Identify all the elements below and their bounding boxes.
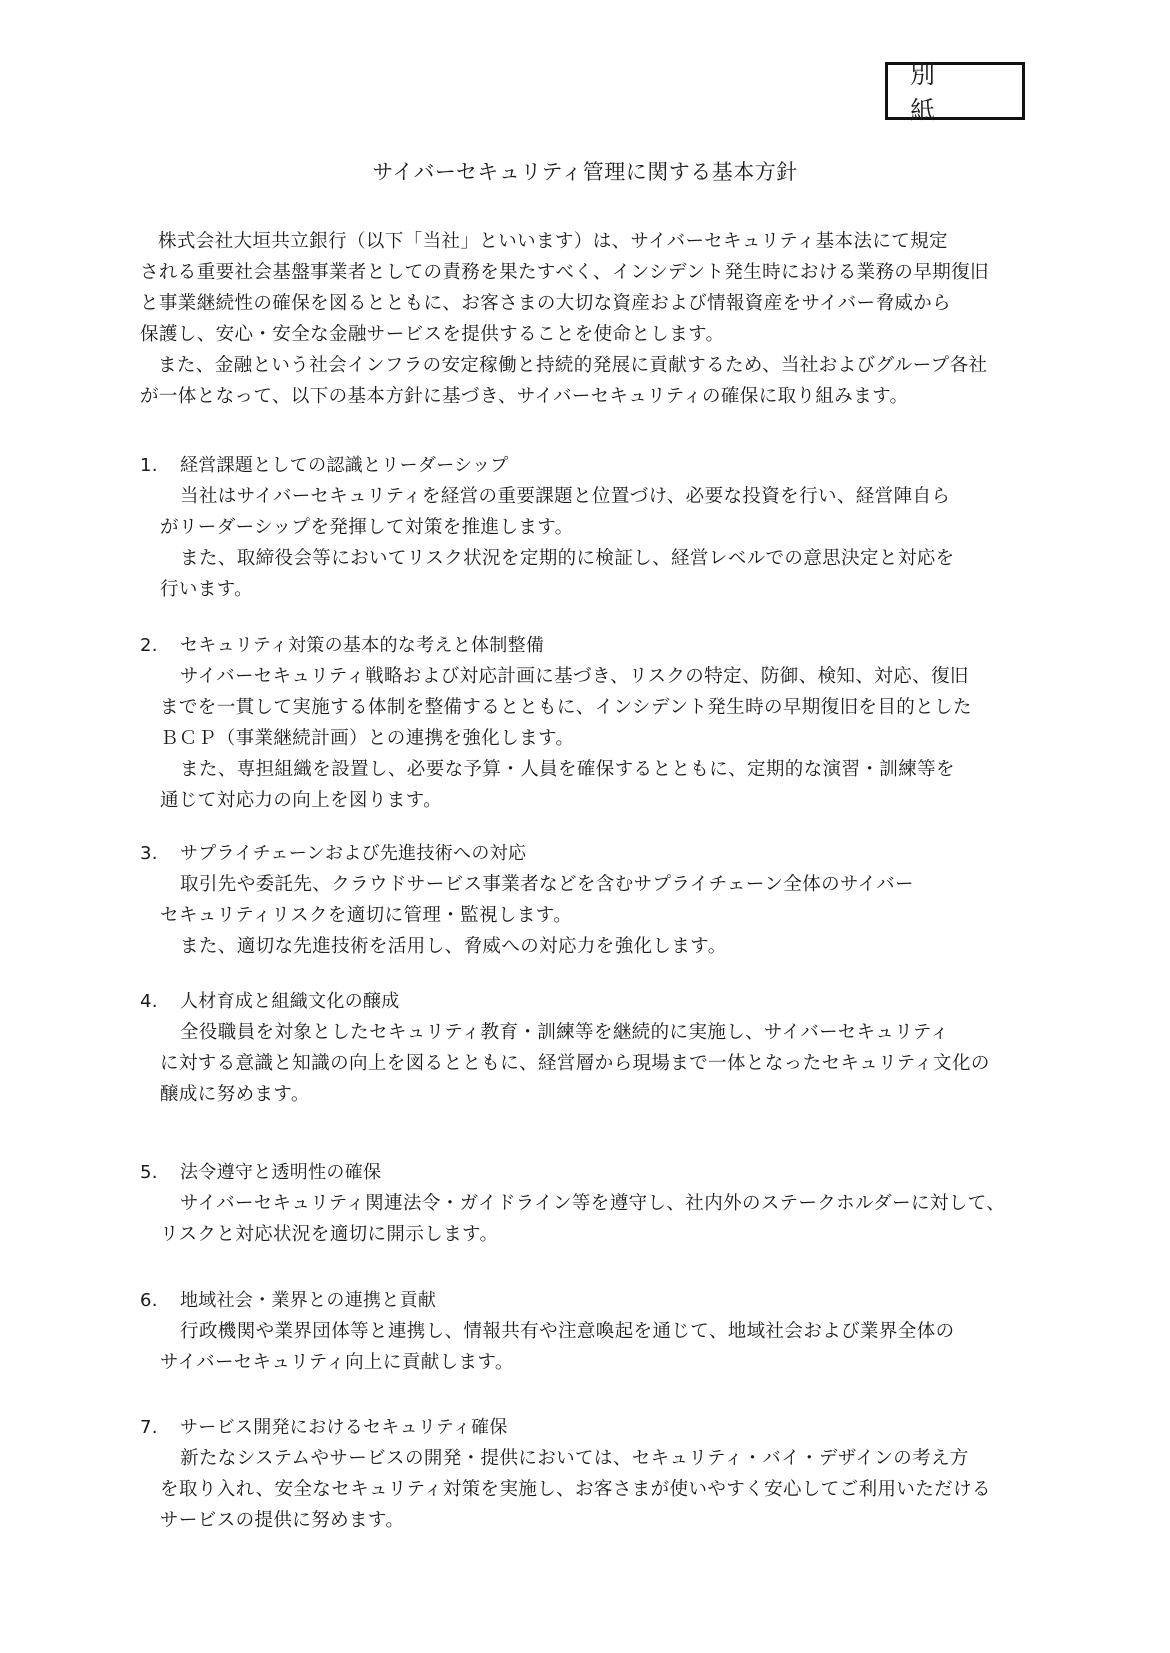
section-line: ＢＣＰ（事業継続計画）との連携を強化します。 — [140, 723, 1040, 754]
section-heading: 3.サプライチェーンおよび先進技術への対応 — [140, 838, 1040, 869]
intro-line: される重要社会基盤事業者としての責務を果たすべく、インシデント発生時における業務… — [140, 257, 1040, 288]
section-line: また、適切な先進技術を活用し、脅威への対応力を強化します。 — [140, 931, 1040, 962]
section-number: 7. — [140, 1412, 180, 1443]
attachment-label: 別 紙 — [910, 55, 1022, 127]
section-heading: 7.サービス開発におけるセキュリティ確保 — [140, 1412, 1040, 1443]
section-title: 人材育成と組織文化の醸成 — [180, 991, 400, 1012]
section-line: に対する意識と知識の向上を図るとともに、経営層から現場まで一体となったセキュリテ… — [140, 1048, 1040, 1079]
section-line: 行います。 — [140, 574, 1040, 605]
attachment-label-box: 別 紙 — [885, 62, 1025, 120]
section-number: 5. — [140, 1157, 180, 1188]
section-line: また、専担組織を設置し、必要な予算・人員を確保するとともに、定期的な演習・訓練等… — [140, 754, 1040, 785]
intro-line: また、金融という社会インフラの安定稼働と持続的発展に貢献するため、当社およびグル… — [140, 350, 1040, 381]
policy-section-5: 5.法令遵守と透明性の確保 サイバーセキュリティ関連法令・ガイドライン等を遵守し… — [140, 1157, 1040, 1250]
section-heading: 6.地域社会・業界との連携と貢献 — [140, 1285, 1040, 1316]
section-line: 通じて対応力の向上を図ります。 — [140, 785, 1040, 816]
section-line: 行政機関や業界団体等と連携し、情報共有や注意喚起を通じて、地域社会および業界全体… — [140, 1316, 1040, 1347]
section-line: までを一貫して実施する体制を整備するとともに、インシデント発生時の早期復旧を目的… — [140, 692, 1040, 723]
section-number: 6. — [140, 1285, 180, 1316]
section-number: 3. — [140, 838, 180, 869]
section-title: サービス開発におけるセキュリティ確保 — [180, 1417, 508, 1438]
section-line: サービスの提供に努めます。 — [140, 1505, 1040, 1536]
section-line: がリーダーシップを発揮して対策を推進します。 — [140, 512, 1040, 543]
section-line: リスクと対応状況を適切に開示します。 — [140, 1219, 1040, 1250]
intro-paragraph: 株式会社大垣共立銀行（以下「当社」といいます）は、サイバーセキュリティ基本法にて… — [140, 226, 1040, 412]
section-title: サプライチェーンおよび先進技術への対応 — [180, 843, 526, 864]
section-title: 地域社会・業界との連携と貢献 — [180, 1290, 436, 1311]
policy-section-6: 6.地域社会・業界との連携と貢献 行政機関や業界団体等と連携し、情報共有や注意喚… — [140, 1285, 1040, 1378]
section-line: セキュリティリスクを適切に管理・監視します。 — [140, 900, 1040, 931]
section-line: サイバーセキュリティ戦略および対応計画に基づき、リスクの特定、防御、検知、対応、… — [140, 661, 1040, 692]
section-line: また、取締役会等においてリスク状況を定期的に検証し、経営レベルでの意思決定と対応… — [140, 543, 1040, 574]
section-line: サイバーセキュリティ関連法令・ガイドライン等を遵守し、社内外のステークホルダーに… — [140, 1188, 1040, 1219]
section-heading: 5.法令遵守と透明性の確保 — [140, 1157, 1040, 1188]
section-number: 4. — [140, 986, 180, 1017]
section-heading: 4.人材育成と組織文化の醸成 — [140, 986, 1040, 1017]
policy-section-4: 4.人材育成と組織文化の醸成 全役職員を対象としたセキュリティ教育・訓練等を継続… — [140, 986, 1040, 1110]
section-line: 新たなシステムやサービスの開発・提供においては、セキュリティ・バイ・デザインの考… — [140, 1443, 1040, 1474]
intro-line: 保護し、安心・安全な金融サービスを提供することを使命とします。 — [140, 319, 1040, 350]
policy-section-2: 2.セキュリティ対策の基本的な考えと体制整備 サイバーセキュリティ戦略および対応… — [140, 630, 1040, 816]
section-line: 取引先や委託先、クラウドサービス事業者などを含むサプライチェーン全体のサイバー — [140, 869, 1040, 900]
section-number: 2. — [140, 630, 180, 661]
policy-section-7: 7.サービス開発におけるセキュリティ確保 新たなシステムやサービスの開発・提供に… — [140, 1412, 1040, 1536]
document-title: サイバーセキュリティ管理に関する基本方針 — [0, 156, 1170, 186]
section-line: 当社はサイバーセキュリティを経営の重要課題と位置づけ、必要な投資を行い、経営陣自… — [140, 481, 1040, 512]
intro-line: が一体となって、以下の基本方針に基づき、サイバーセキュリティの確保に取り組みます… — [140, 381, 1040, 412]
section-line: 醸成に努めます。 — [140, 1079, 1040, 1110]
section-title: 経営課題としての認識とリーダーシップ — [180, 455, 509, 476]
section-title: 法令遵守と透明性の確保 — [180, 1162, 381, 1183]
section-line: 全役職員を対象としたセキュリティ教育・訓練等を継続的に実施し、サイバーセキュリテ… — [140, 1017, 1040, 1048]
section-title: セキュリティ対策の基本的な考えと体制整備 — [180, 635, 544, 656]
intro-line: 株式会社大垣共立銀行（以下「当社」といいます）は、サイバーセキュリティ基本法にて… — [140, 226, 1040, 257]
intro-line: と事業継続性の確保を図るとともに、お客さまの大切な資産および情報資産をサイバー脅… — [140, 288, 1040, 319]
section-line: を取り入れ、安全なセキュリティ対策を実施し、お客さまが使いやすく安心してご利用い… — [140, 1474, 1040, 1505]
policy-section-1: 1.経営課題としての認識とリーダーシップ 当社はサイバーセキュリティを経営の重要… — [140, 450, 1040, 605]
section-heading: 2.セキュリティ対策の基本的な考えと体制整備 — [140, 630, 1040, 661]
section-line: サイバーセキュリティ向上に貢献します。 — [140, 1347, 1040, 1378]
policy-section-3: 3.サプライチェーンおよび先進技術への対応 取引先や委託先、クラウドサービス事業… — [140, 838, 1040, 962]
section-number: 1. — [140, 450, 180, 481]
section-heading: 1.経営課題としての認識とリーダーシップ — [140, 450, 1040, 481]
